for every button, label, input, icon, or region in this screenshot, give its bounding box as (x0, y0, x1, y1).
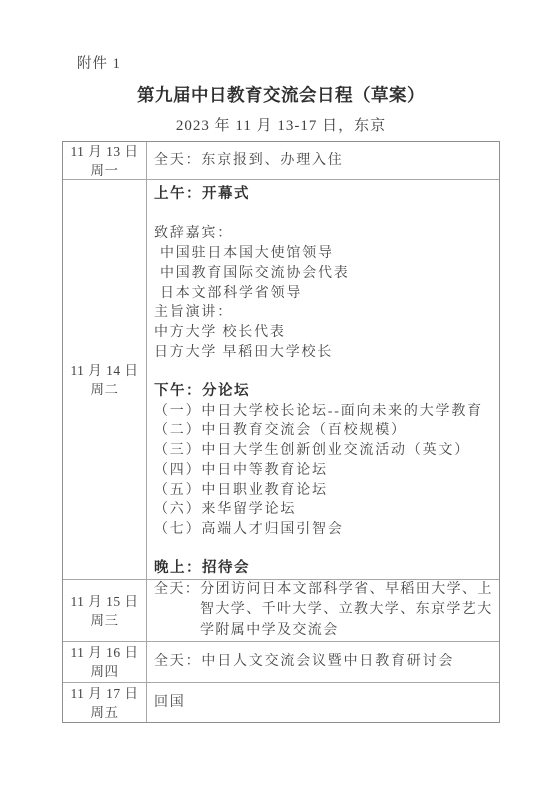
weekday-text: 周四 (91, 662, 119, 681)
table-row-nov16: 11 月 16 日 周四 全天：中日人文交流会议暨中日教育研讨会 (63, 641, 499, 682)
session-heading-evening: 晚上：招待会 (154, 559, 495, 579)
schedule-line: 中国教育国际交流协会代表 (154, 264, 495, 284)
content-cell: 回国 (147, 683, 499, 722)
schedule-line: 中国驻日本国大使馆领导 (154, 244, 495, 264)
date-cell: 11 月 16 日 周四 (63, 642, 147, 682)
schedule-line: （二）中日教育交流会（百校规模） (154, 421, 495, 441)
session-heading-morning: 上午：开幕式 (154, 185, 495, 205)
table-row-nov14: 11 月 14 日 周二 上午：开幕式 致辞嘉宾： 中国驻日本国大使馆领导 中国… (63, 179, 499, 579)
page-title: 第九届中日教育交流会日程（草案） (62, 83, 500, 107)
schedule-line: 全天：中日人文交流会议暨中日教育研讨会 (154, 652, 495, 672)
content-cell: 全天：中日人文交流会议暨中日教育研讨会 (147, 642, 499, 682)
weekday-text: 周三 (91, 611, 119, 630)
schedule-line: 中方大学 校长代表 (154, 323, 495, 343)
date-text: 11 月 16 日 (70, 643, 138, 662)
session-heading-afternoon: 下午：分论坛 (154, 382, 495, 402)
table-row-nov17: 11 月 17 日 周五 回国 (63, 682, 499, 722)
weekday-text: 周二 (91, 380, 119, 399)
document-page: 附件 1 第九届中日教育交流会日程（草案） 2023 年 11 月 13-17 … (0, 0, 554, 723)
date-text: 11 月 15 日 (70, 592, 138, 611)
schedule-table: 11 月 13 日 周一 全天：东京报到、办理入住 11 月 14 日 周二 上… (62, 141, 500, 723)
content-cell: 全天：分团访问日本文部科学省、早稻田大学、上智大学、千叶大学、立教大学、东京学艺… (147, 580, 499, 641)
blank-line (154, 540, 495, 560)
table-row-nov13: 11 月 13 日 周一 全天：东京报到、办理入住 (63, 142, 499, 179)
schedule-line: 主旨演讲： (154, 303, 495, 323)
schedule-line: （三）中日大学生创新创业交流活动（英文） (154, 441, 495, 461)
schedule-line: 日本文部科学省领导 (154, 284, 495, 304)
date-cell: 11 月 14 日 周二 (63, 180, 147, 579)
schedule-line: （六）来华留学论坛 (154, 500, 495, 520)
schedule-line: （一）中日大学校长论坛--面向未来的大学教育 (154, 402, 495, 422)
schedule-line: （五）中日职业教育论坛 (154, 481, 495, 501)
date-text: 11 月 14 日 (70, 361, 138, 380)
date-text: 11 月 13 日 (70, 142, 138, 161)
table-row-nov15: 11 月 15 日 周三 全天：分团访问日本文部科学省、早稻田大学、上智大学、千… (63, 579, 499, 641)
document-content: 附件 1 第九届中日教育交流会日程（草案） 2023 年 11 月 13-17 … (62, 55, 500, 723)
date-text: 11 月 17 日 (70, 684, 138, 703)
schedule-line: （四）中日中等教育论坛 (154, 461, 495, 481)
schedule-line: 回国 (154, 693, 495, 713)
content-cell: 上午：开幕式 致辞嘉宾： 中国驻日本国大使馆领导 中国教育国际交流协会代表 日本… (147, 180, 499, 579)
weekday-text: 周一 (91, 161, 119, 180)
schedule-line: （七）高端人才归国引智会 (154, 520, 495, 540)
blank-line (154, 205, 495, 225)
schedule-line: 全天：分团访问日本文部科学省、早稻田大学、上智大学、千叶大学、立教大学、东京学艺… (154, 580, 495, 641)
content-cell: 全天：东京报到、办理入住 (147, 142, 499, 179)
date-cell: 11 月 15 日 周三 (63, 580, 147, 641)
blank-line (154, 362, 495, 382)
weekday-text: 周五 (91, 703, 119, 722)
page-subtitle: 2023 年 11 月 13-17 日，东京 (62, 116, 500, 136)
schedule-line: 全天：东京报到、办理入住 (154, 151, 495, 171)
date-cell: 11 月 13 日 周一 (63, 142, 147, 179)
schedule-line: 致辞嘉宾： (154, 224, 495, 244)
schedule-line: 日方大学 早稻田大学校长 (154, 343, 495, 363)
attachment-label: 附件 1 (77, 55, 500, 74)
date-cell: 11 月 17 日 周五 (63, 683, 147, 722)
